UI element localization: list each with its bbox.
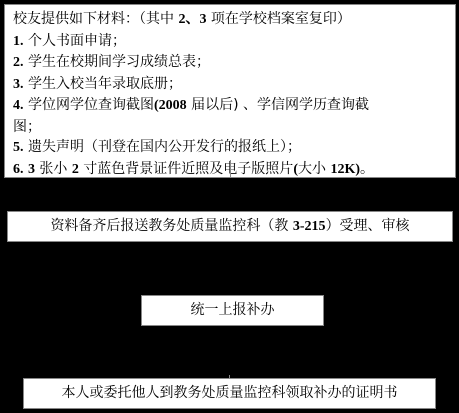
item-text: 学生在校期间学习成绩总表； [24,54,210,70]
item-text: 大小 [298,161,330,177]
item-text: 张小 [35,161,72,177]
step2-text-end: ）受理、审核 [326,218,410,234]
material-item-3: 3. 学生入校当年录取底册； [13,74,447,96]
material-item-2: 2. 学生在校期间学习成绩总表； [13,52,447,74]
item-number: 6. [13,162,24,177]
title-text: 校友提供如下材料：（其中 [13,11,178,27]
item-number: 2. [13,55,24,70]
step3-text: 统一上报补办 [191,302,275,318]
item-number: 1. [13,34,24,49]
item-text: 学生入校当年录取底册； [24,76,182,92]
item-bold: 12K) [330,162,360,177]
item-text: 图； [13,119,41,135]
materials-title: 校友提供如下材料：（其中 2、3 项在学校档案室复印） [13,9,447,31]
item-number: 3. [13,77,24,92]
item-text: 寸蓝色背景证件近照及电子版照片 [79,161,293,177]
step4-text: 本人或委托他人到教务处质量监控科领取补办的证明书 [62,385,398,401]
item-bold: (2008 [154,98,187,113]
connector-line [230,160,231,178]
item-text: 届以后) 、学信网学历查询截 [187,97,369,113]
item-bold: 2 [72,162,79,177]
step2-room: 3-215 [293,219,326,234]
material-item-4: 4. 学位网学位查询截图(2008 届以后) 、学信网学历查询截 [13,95,447,117]
title-text-end: 项在学校档案室复印） [206,11,350,27]
item-number: 4. [13,98,24,113]
item-number: 5. [13,140,24,155]
step2-submit-box: 资料备齐后报送教务处质量监控科（教 3-215）受理、审核 [7,211,453,242]
item-text: 遗失声明（刊登在国内公开发行的报纸上）； [24,139,301,155]
item-text: 个人书面申请； [24,33,126,49]
step4-collect-box: 本人或委托他人到教务处质量监控科领取补办的证明书 [23,378,436,409]
step2-text: 资料备齐后报送教务处质量监控科（教 [50,218,292,234]
title-bold: 2、3 [178,12,206,27]
item-text: 。 [360,161,374,177]
step3-report-box: 统一上报补办 [141,295,324,326]
item-text: 学位网学位查询截图 [24,97,154,113]
step1-materials-box: 校友提供如下材料：（其中 2、3 项在学校档案室复印） 1. 个人书面申请； 2… [4,4,456,178]
material-item-4-cont: 图； [13,117,447,138]
item-bold: 3 [28,162,35,177]
material-item-1: 1. 个人书面申请； [13,31,447,53]
material-item-5: 5. 遗失声明（刊登在国内公开发行的报纸上）； [13,137,447,159]
